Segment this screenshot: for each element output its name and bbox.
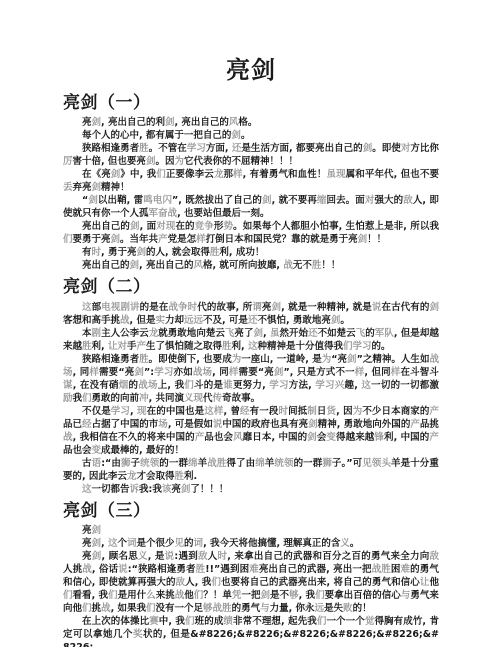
section-heading: 亮剑（三） [63, 501, 439, 521]
paragraph: 在《亮剑》中, 我们正要像李云龙那样, 有着勇气和血性！虽现属和平年代, 但也不… [63, 168, 439, 194]
section-heading: 亮剑（一） [63, 93, 439, 113]
section-heading: 亮剑（二） [63, 277, 439, 297]
paragraph: 不仅是学习, 现在的中国也是这样, 曾经有一段时间抵制日货, 因为不少日本商家的… [63, 405, 439, 457]
paragraph: 这一切都告诉我:我该亮剑了！！！ [63, 483, 439, 496]
essay-section-3: 亮剑（三） 亮剑 亮剑, 这个词是个很少见的词, 我今天将他搞懂, 理解真正的含… [63, 501, 439, 647]
paragraph: 这部电视剧讲的是在战争时代的故事, 所谓亮剑, 就是一种精神, 就是说在古代有的… [63, 301, 439, 327]
paragraph: 亮剑, 亮出自己的利剑, 亮出自己的风格。 [63, 116, 439, 129]
document-page: 亮剑 亮剑（一） 亮剑, 亮出自己的利剑, 亮出自己的风格。 每个人的心中, 都… [0, 0, 500, 647]
paragraph: 每个人的心中, 都有属于一把自己的剑。 [63, 129, 439, 142]
essay-section-1: 亮剑（一） 亮剑, 亮出自己的利剑, 亮出自己的风格。 每个人的心中, 都有属于… [63, 93, 439, 272]
paragraph: 亮剑, 这个词是个很少见的词, 我今天将他搞懂, 理解真正的含义。 [63, 537, 439, 550]
paragraph: “剑以出鞘, 雷鸣电闪”, 既然拔出了自己的剑, 就不要再缩回去。面对强大的敌人… [63, 194, 439, 220]
paragraph: 狭路相逢勇者胜。不管在学习方面, 还是生活方面, 都要亮出自己的剑。即使对方比你… [63, 142, 439, 168]
paragraph: 亮出自己的剑, 亮出自己的风格, 就可所向披靡, 战无不胜！！ [63, 259, 439, 272]
paragraph: 古语:“由狮子统领的一群绵羊战胜得了由绵羊统领的一群狮子。”可见领头羊是十分重要… [63, 457, 439, 483]
paragraph: 有时, 勇于亮剑的人, 就会取得胜利, 成功！ [63, 246, 439, 259]
paragraph: 亮剑, 顾名思义, 是说:遇到敌人时, 来拿出自己的武器和百分之百的勇气来全力向… [63, 550, 439, 615]
essay-section-2: 亮剑（二） 这部电视剧讲的是在战争时代的故事, 所谓亮剑, 就是一种精神, 就是… [63, 277, 439, 495]
paragraph: 亮剑 [63, 524, 439, 537]
paragraph: 亮出自己的剑, 面对现在的竞争形势。如果每个人都胆小怕事, 生怕惹上是非, 所以… [63, 220, 439, 246]
paragraph: 狭路相逢勇者胜。即使倒下, 也要成为一座山, 一道岭, 是为“亮剑”之精神。人生… [63, 353, 439, 405]
document-title: 亮剑 [63, 56, 439, 85]
paragraph: 在上次的体操比赛中, 我们班的成绩非常不理想, 起先我们一个一个觉得胸有成竹, … [63, 615, 439, 647]
paragraph: 本剧主人公李云龙就勇敢地向楚云飞亮了剑, 虽然开始还不如楚云飞的军队, 但是却越… [63, 327, 439, 353]
